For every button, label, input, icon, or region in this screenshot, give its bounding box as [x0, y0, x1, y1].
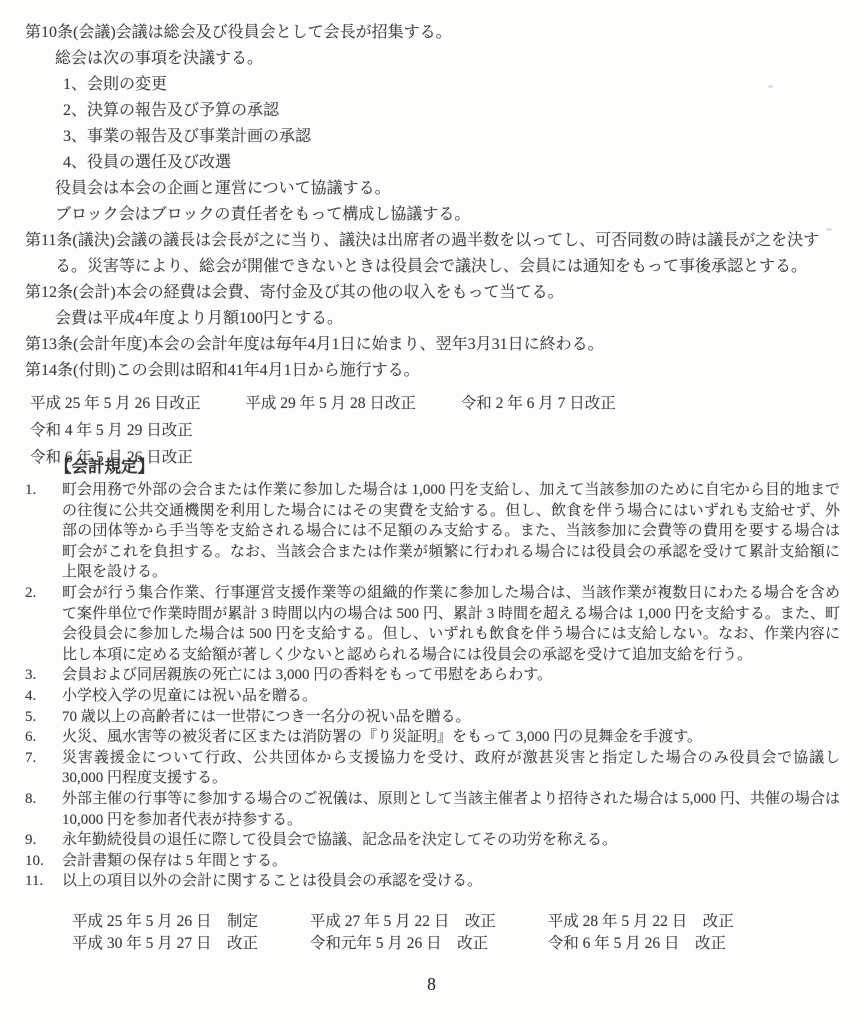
history-date: 令和元年 5 月 26 日 改正 — [310, 933, 544, 955]
history-date: 平成 30 年 5 月 27 日 改正 — [72, 933, 306, 955]
accounting-rule-item: 5. 70 歳以上の高齢者には一世帯につき一名分の祝い品を贈る。 — [25, 707, 840, 728]
item-text: 永年勤続役員の退任に際して役員会で協議、記念品を決定してその功労を称える。 — [62, 830, 840, 851]
document-page: 第10条(会議)会議は総会及び役員会として会長が招集する。 総会は次の事項を決議… — [0, 0, 863, 1024]
accounting-rule-item: 2. 町会が行う集合作業、行事運営支援作業等の組織的作業に参加した場合は、当該作… — [25, 583, 840, 665]
bylaw-subitem-3: 3、事業の報告及び事業計画の承認 — [25, 124, 845, 150]
accounting-rule-item: 3. 会員および同居親族の死亡には 3,000 円の香料をもって弔慰をあらわす。 — [25, 665, 840, 686]
history-date: 平成 25 年 5 月 26 日 制定 — [72, 911, 306, 933]
item-text: 外部主催の行事等に参加する場合のご祝儀は、原則として当該主催者より招待された場合… — [62, 789, 840, 830]
item-text: 火災、風水害等の被災者に区または消防署の『り災証明』をもって 3,000 円の見… — [62, 727, 840, 748]
bylaw-line-wrap: る。災害等により、総会が開催できないときは役員会で議決し、会員には通知をもって事… — [25, 254, 845, 280]
accounting-rule-item: 6. 火災、風水害等の被災者に区または消防署の『り災証明』をもって 3,000 … — [25, 727, 840, 748]
bylaws-section: 第10条(会議)会議は総会及び役員会として会長が招集する。 総会は次の事項を決議… — [25, 20, 845, 384]
item-text: 70 歳以上の高齢者には一世帯につき一名分の祝い品を贈る。 — [62, 707, 840, 728]
revision-date: 平成 25 年 5 月 26 日改正 — [30, 390, 201, 417]
page-number: 8 — [0, 974, 863, 995]
item-number: 2. — [25, 583, 62, 665]
item-number: 7. — [25, 748, 62, 789]
revision-date: 平成 29 年 5 月 28 日改正 — [245, 390, 416, 417]
revision-date: 令和 2 年 6 月 7 日改正 — [461, 390, 616, 417]
revision-date: 令和 4 年 5 月 29 日改正 — [30, 417, 193, 444]
item-number: 1. — [25, 480, 62, 583]
item-number: 3. — [25, 665, 62, 686]
accounting-rule-item: 1. 町会用務で外部の会合または作業に参加した場合は 1,000 円を支給し、加… — [25, 480, 840, 583]
bylaw-subitem-2: 2、決算の報告及び予算の承認 — [25, 98, 845, 124]
item-number: 11. — [25, 871, 62, 892]
bylaw-line: 会費は平成4年度より月額100円とする。 — [25, 306, 845, 332]
item-number: 6. — [25, 727, 62, 748]
bylaw-subitem-4: 4、役員の選任及び改選 — [25, 150, 845, 176]
item-number: 5. — [25, 707, 62, 728]
accounting-rule-item: 7. 災害義援金について行政、公共団体から支援協力を受け、政府が激甚災害と指定し… — [25, 748, 840, 789]
history-row: 平成 30 年 5 月 27 日 改正 令和元年 5 月 26 日 改正 令和 … — [72, 933, 853, 955]
scan-artifact — [768, 85, 773, 88]
item-text: 町会用務で外部の会合または作業に参加した場合は 1,000 円を支給し、加えて当… — [62, 480, 840, 583]
bylaw-article-13: 第13条(会計年度)本会の会計年度は毎年4月1日に始まり、翌年3月31日に終わる… — [25, 332, 845, 358]
bylaw-article-12: 第12条(会計)本会の経費は会費、寄付金及び其の他の収入をもって当てる。 — [25, 280, 845, 306]
accounting-rules-heading: 【会計規定】 — [55, 453, 154, 477]
item-text: 災害義援金について行政、公共団体から支援協力を受け、政府が激甚災害と指定した場合… — [62, 748, 840, 789]
item-number: 9. — [25, 830, 62, 851]
bylaw-article-10: 第10条(会議)会議は総会及び役員会として会長が招集する。 — [25, 20, 845, 46]
history-row: 平成 25 年 5 月 26 日 制定 平成 27 年 5 月 22 日 改正 … — [72, 911, 853, 933]
scan-artifact — [826, 228, 832, 231]
item-text: 以上の項目以外の会計に関することは役員会の承認を受ける。 — [62, 871, 840, 892]
item-number: 4. — [25, 686, 62, 707]
accounting-rule-item: 4. 小学校入学の児童には祝い品を贈る。 — [25, 686, 840, 707]
accounting-rule-item: 8. 外部主催の行事等に参加する場合のご祝儀は、原則として当該主催者より招待され… — [25, 789, 840, 830]
accounting-rules-list: 1. 町会用務で外部の会合または作業に参加した場合は 1,000 円を支給し、加… — [25, 480, 840, 892]
revision-dates-row: 平成 25 年 5 月 26 日改正 平成 29 年 5 月 28 日改正 令和… — [30, 390, 848, 444]
item-number: 8. — [25, 789, 62, 830]
item-text: 小学校入学の児童には祝い品を贈る。 — [62, 686, 840, 707]
bylaw-article-14: 第14条(付則)この会則は昭和41年4月1日から施行する。 — [25, 358, 845, 384]
scan-artifact — [731, 257, 734, 260]
item-number: 10. — [25, 851, 62, 872]
accounting-rule-item: 11. 以上の項目以外の会計に関することは役員会の承認を受ける。 — [25, 871, 840, 892]
history-date: 平成 27 年 5 月 22 日 改正 — [310, 911, 544, 933]
bylaw-line: 役員会は本会の企画と運営について協議する。 — [25, 176, 845, 202]
item-text: 町会が行う集合作業、行事運営支援作業等の組織的作業に参加した場合は、当該作業が複… — [62, 583, 840, 665]
history-date: 令和 6 年 5 月 26 日 改正 — [548, 933, 782, 955]
item-text: 会計書類の保存は 5 年間とする。 — [62, 851, 840, 872]
accounting-rule-item: 10. 会計書類の保存は 5 年間とする。 — [25, 851, 840, 872]
accounting-revision-history: 平成 25 年 5 月 26 日 制定 平成 27 年 5 月 22 日 改正 … — [72, 911, 853, 954]
accounting-rule-item: 9. 永年勤続役員の退任に際して役員会で協議、記念品を決定してその功労を称える。 — [25, 830, 840, 851]
bylaw-line: 総会は次の事項を決議する。 — [25, 46, 845, 72]
item-text: 会員および同居親族の死亡には 3,000 円の香料をもって弔慰をあらわす。 — [62, 665, 840, 686]
bylaw-article-11: 第11条(議決)会議の議長は会長が之に当り、議決は出席者の過半数を以ってし、可否… — [25, 228, 845, 254]
bylaw-line: ブロック会はブロックの責任者をもって構成し協議する。 — [25, 202, 845, 228]
history-date: 平成 28 年 5 月 22 日 改正 — [548, 911, 782, 933]
bylaw-subitem-1: 1、会則の変更 — [25, 72, 845, 98]
